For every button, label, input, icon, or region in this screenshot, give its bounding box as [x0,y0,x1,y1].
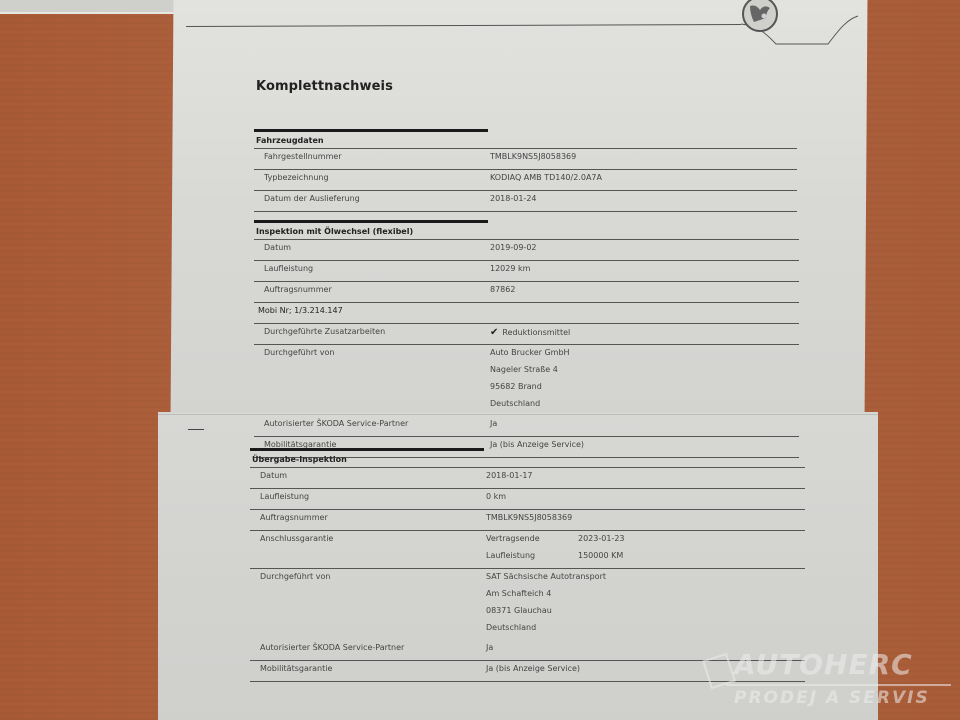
margin-mark [188,429,204,430]
row-label: Datum [254,240,490,260]
value-line: 95682 Brand [490,382,542,391]
row-value: Ja [490,416,799,436]
value-line: Deutschland [490,399,540,408]
value-line: KODIAQ AMB TD140/2.0A7A [490,173,602,182]
section-fahrzeugdaten: FahrzeugdatenFahrgestellnummerTMBLK9NS5J… [254,129,797,212]
table-row: Durchgeführte Zusatzarbeiten✔Reduktionsm… [254,323,799,344]
watermark-brand: AUTOHERC [734,648,913,681]
value-line: Am Schafteich 4 [486,589,551,598]
table-row: AnschlussgarantieVertragsende2023-01-23L… [250,530,805,568]
value-line: Ja [486,643,493,652]
section-title-bar [250,448,484,451]
row-value: 87862 [490,282,799,302]
section-title: Inspektion mit Ölwechsel (flexibel) [254,227,799,239]
row-value: Auto Brucker GmbHNageler Straße 495682 B… [490,345,799,416]
row-label: Datum der Auslieferung [254,191,490,211]
table-row: Datum2018-01-17 [250,467,805,488]
table-row: Auftragsnummer87862 [254,281,799,302]
value-line: Ja (bis Anzeige Service) [486,664,580,673]
table-row: Datum2019-09-02 [254,239,799,260]
row-label: Mobilitätsgarantie [250,661,486,681]
section-end-rule [254,211,797,212]
value-line: TMBLK9NS5J8058369 [486,513,572,522]
value-line: Ja [490,419,497,428]
row-label: Laufleistung [254,261,490,281]
checkmark-icon: ✔ [490,327,498,338]
skoda-logo-icon [740,0,780,34]
row-value [490,303,799,323]
row-value: Vertragsende2023-01-23Laufleistung150000… [486,531,805,568]
value-line: 2018-01-17 [486,471,533,480]
section-inspektion-oelwechsel: Inspektion mit Ölwechsel (flexibel)Datum… [254,220,799,458]
value-line: TMBLK9NS5J8058369 [490,152,576,161]
row-label: Fahrgestellnummer [254,149,490,169]
row-label: Durchgeführt von [250,569,486,640]
row-label: Typbezeichnung [254,170,490,190]
value-line: Auto Brucker GmbH [490,348,570,357]
sub-value: 2023-01-23 [578,534,625,543]
row-label: Datum [250,468,486,488]
sub-label: Laufleistung [486,551,578,560]
header-curve-decoration [700,0,860,50]
value-line: Nageler Straße 4 [490,365,558,374]
section-title-bar [254,129,488,132]
value-line: Reduktionsmittel [502,328,570,337]
table-row: FahrgestellnummerTMBLK9NS5J8058369 [254,148,797,169]
table-row: Autorisierter ŠKODA Service-PartnerJa [254,416,799,436]
table-row: Durchgeführt vonAuto Brucker GmbHNageler… [254,344,799,416]
table-row: Laufleistung12029 km [254,260,799,281]
row-label: Durchgeführt von [254,345,490,416]
row-value: KODIAQ AMB TD140/2.0A7A [490,170,797,190]
watermark-rule [726,684,951,686]
section-title: Fahrzeugdaten [254,136,797,148]
section-uebergabe-inspektion: Übergabe-InspektionDatum2018-01-17Laufle… [250,448,805,682]
row-label: Anschlussgarantie [250,531,486,568]
underlying-paper-edge [0,0,175,14]
row-label: Autorisierter ŠKODA Service-Partner [254,416,490,436]
row-value: 2019-09-02 [490,240,799,260]
table-row: TypbezeichnungKODIAQ AMB TD140/2.0A7A [254,169,797,190]
row-value: ✔Reduktionsmittel [490,324,799,344]
value-line: 2018-01-24 [490,194,537,203]
row-label: Auftragsnummer [254,282,490,302]
row-value: 2018-01-17 [486,468,805,488]
row-value: 2018-01-24 [490,191,797,211]
table-row: Laufleistung0 km [250,488,805,509]
row-label: Autorisierter ŠKODA Service-Partner [250,640,486,660]
value-line: 87862 [490,285,515,294]
value-line: 12029 km [490,264,530,273]
sub-value: 150000 KM [578,551,623,560]
value-line: 08371 Glauchau [486,606,552,615]
row-label: Auftragsnummer [250,510,486,530]
document-title: Komplettnachweis [256,79,393,94]
section-title: Übergabe-Inspektion [250,455,805,467]
table-row: Datum der Auslieferung2018-01-24 [254,190,797,211]
value-line: 0 km [486,492,506,501]
row-value: TMBLK9NS5J8058369 [486,510,805,530]
section-title-bar [254,220,488,223]
row-value: SAT Sächsische AutotransportAm Schafteic… [486,569,805,640]
value-line: 2019-09-02 [490,243,537,252]
row-label: Mobi Nr; 1/3.214.147 [254,303,490,323]
row-value: TMBLK9NS5J8058369 [490,149,797,169]
sub-label: Vertragsende [486,534,578,543]
dealer-watermark: AUTOHERC PRODEJ A SERVIS [706,648,956,714]
table-row: Durchgeführt vonSAT Sächsische Autotrans… [250,568,805,640]
watermark-tagline: PRODEJ A SERVIS [734,688,930,708]
row-value: 12029 km [490,261,799,281]
table-row: Mobi Nr; 1/3.214.147 [254,302,799,323]
row-label: Laufleistung [250,489,486,509]
table-row: AuftragsnummerTMBLK9NS5J8058369 [250,509,805,530]
row-label: Durchgeführte Zusatzarbeiten [254,324,490,344]
value-line: SAT Sächsische Autotransport [486,572,606,581]
value-line: Deutschland [486,623,536,632]
row-value: 0 km [486,489,805,509]
